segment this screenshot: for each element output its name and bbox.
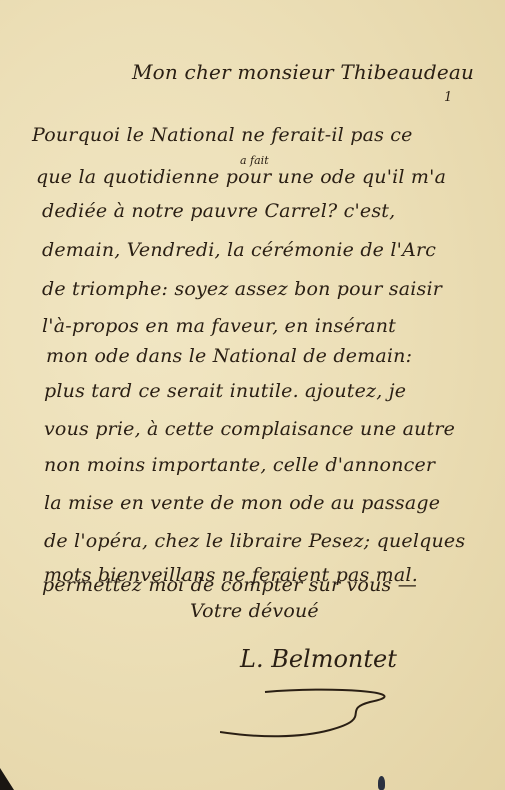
letter-page: Mon cher monsieur Thibeaudeau 1 a fait P… [0, 0, 505, 790]
body-line: vous prie, à cette complaisance une autr… [44, 418, 455, 440]
body-line: dediée à notre pauvre Carrel? c'est, [42, 200, 395, 222]
signature: L. Belmontet [240, 645, 397, 673]
body-line: mon ode dans le National de demain: [46, 345, 412, 367]
signature-flourish [220, 680, 420, 750]
salutation: Mon cher monsieur Thibeaudeau [132, 60, 474, 84]
ink-stain [378, 776, 385, 790]
body-line: demain, Vendredi, la cérémonie de l'Arc [42, 239, 436, 261]
body-line: de l'opéra, chez le libraire Pesez; quel… [44, 530, 465, 552]
body-line: permettez moi de compter sur vous — [42, 574, 417, 596]
body-line: Pourquoi le National ne ferait-il pas ce [32, 124, 413, 146]
closing: Votre dévoué [190, 600, 319, 622]
body-line: que la quotidienne pour une ode qu'il m'… [36, 166, 446, 188]
page-number: 1 [444, 90, 452, 105]
body-line: plus tard ce serait inutile. ajoutez, je [44, 380, 406, 402]
body-line: la mise en vente de mon ode au passage [44, 492, 440, 514]
dark-corner [0, 768, 14, 790]
body-line: non moins importante, celle d'annoncer [44, 454, 435, 476]
body-line: l'à-propos en ma faveur, en insérant [42, 315, 396, 337]
body-line: de triomphe: soyez assez bon pour saisir [42, 278, 442, 300]
